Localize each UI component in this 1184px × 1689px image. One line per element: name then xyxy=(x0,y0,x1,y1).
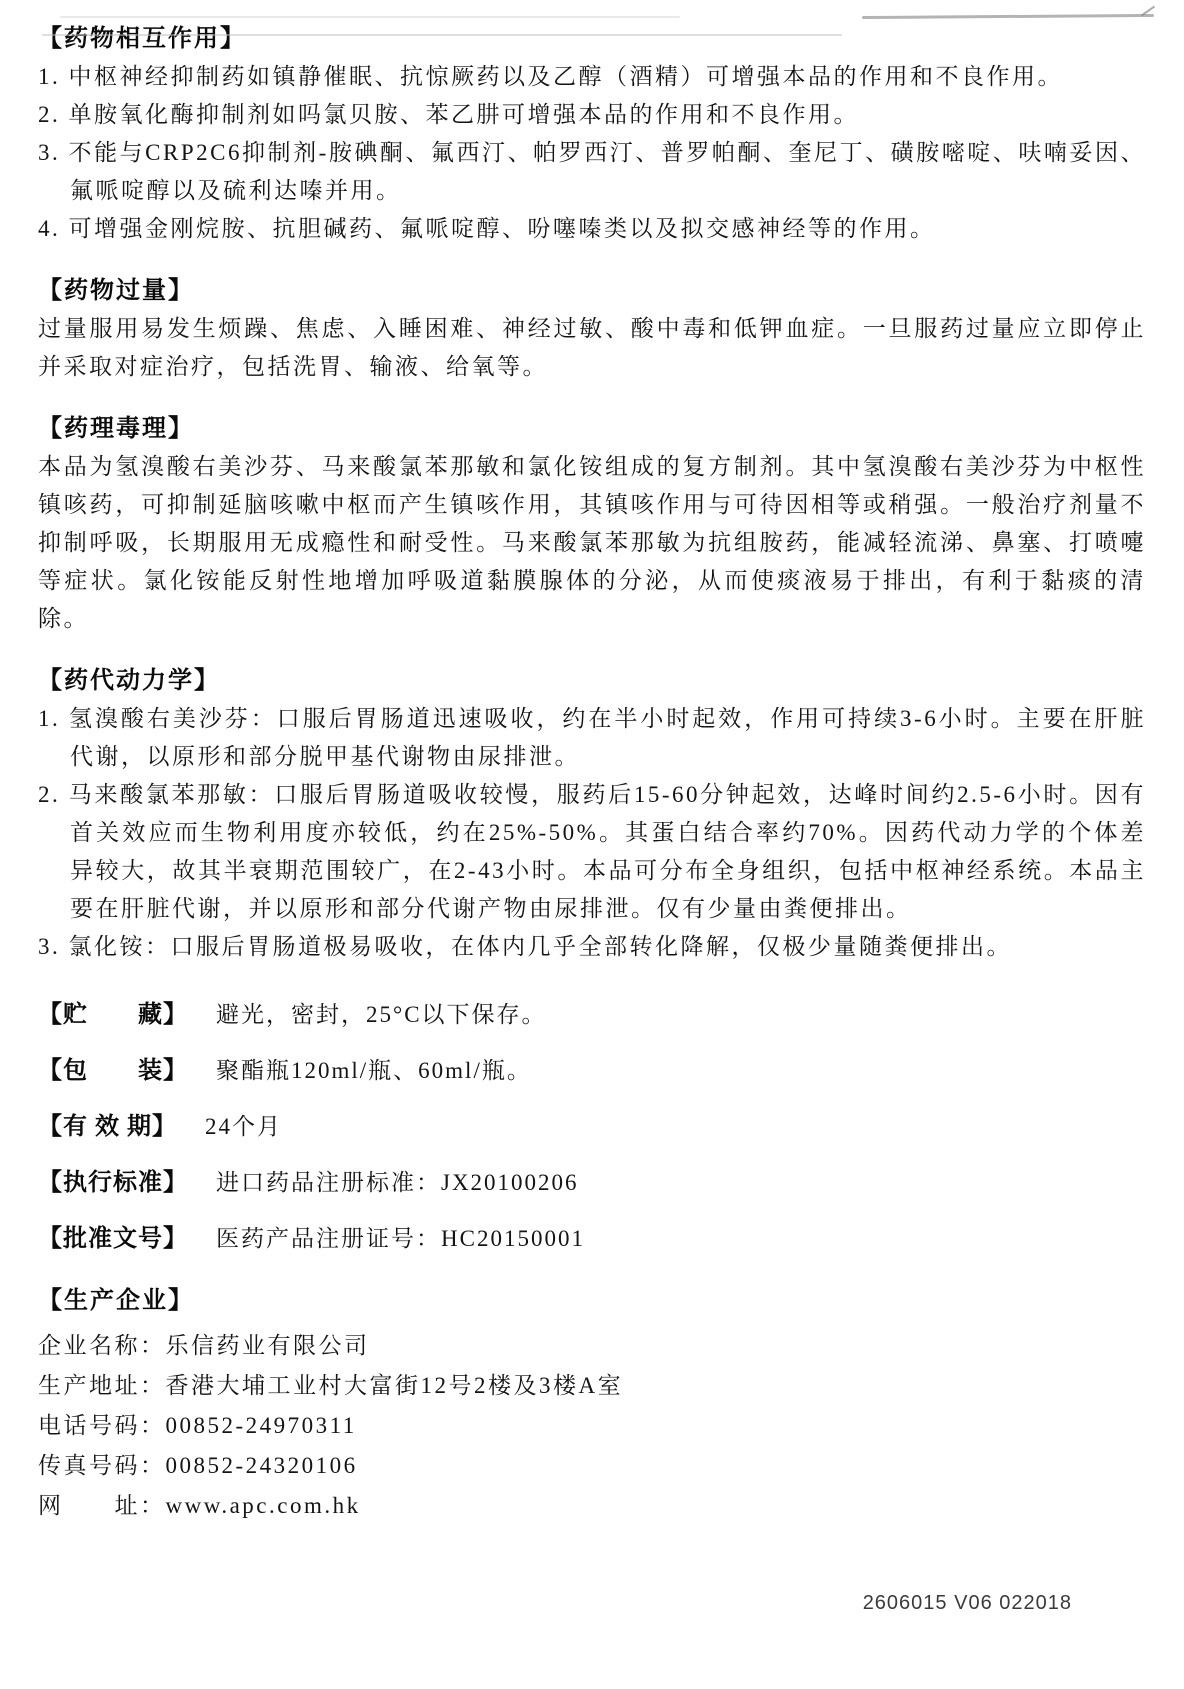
package-insert-page: 【药物相互作用】 1. 中枢神经抑制药如镇静催眠、抗惊厥药以及乙醇（酒精）可增强… xyxy=(0,0,1184,1689)
field-approval: 【批准文号】 医药产品注册证号：HC20150001 xyxy=(38,1220,1146,1258)
interaction-item-2: 2. 单胺氧化酶抑制剂如吗氯贝胺、苯乙肼可增强本品的作用和不良作用。 xyxy=(38,96,1146,134)
manufacturer-rows: 企业名称：乐信药业有限公司 生产地址：香港大埔工业村大富街12号2楼及3楼A室 … xyxy=(38,1326,1146,1526)
section-pharmacokinetics: 【药代动力学】 1. 氢溴酸右美沙芬：口服后胃肠道迅速吸收，约在半小时起效，作用… xyxy=(38,662,1146,966)
field-packaging-label: 【包 装】 xyxy=(38,1052,188,1090)
document-body: 【药物相互作用】 1. 中枢神经抑制药如镇静催眠、抗惊厥药以及乙醇（酒精）可增强… xyxy=(0,0,1184,1526)
overdose-text: 过量服用易发生烦躁、焦虑、入睡困难、神经过敏、酸中毒和低钾血症。一旦服药过量应立… xyxy=(38,310,1146,386)
section-title-manufacturer: 【生产企业】 xyxy=(38,1282,1146,1320)
manufacturer-address-row: 生产地址：香港大埔工业村大富街12号2楼及3楼A室 xyxy=(38,1366,1146,1406)
field-packaging: 【包 装】 聚酯瓶120ml/瓶、60ml/瓶。 xyxy=(38,1052,1146,1090)
field-storage: 【贮 藏】 避光，密封，25°C以下保存。 xyxy=(38,996,1146,1034)
field-storage-value: 避光，密封，25°C以下保存。 xyxy=(216,996,547,1034)
section-pharmacology: 【药理毒理】 本品为氢溴酸右美沙芬、马来酸氯苯那敏和氯化铵组成的复方制剂。其中氢… xyxy=(38,410,1146,638)
interaction-item-1: 1. 中枢神经抑制药如镇静催眠、抗惊厥药以及乙醇（酒精）可增强本品的作用和不良作… xyxy=(38,58,1146,96)
pharmacokinetics-item-1: 1. 氢溴酸右美沙芬：口服后胃肠道迅速吸收，约在半小时起效，作用可持续3-6小时… xyxy=(38,700,1146,776)
interaction-item-4: 4. 可增强金刚烷胺、抗胆碱药、氟哌啶醇、吩噻嗪类以及拟交感神经等的作用。 xyxy=(38,210,1146,248)
manufacturer-name-row: 企业名称：乐信药业有限公司 xyxy=(38,1326,1146,1366)
field-validity-label: 【有 效 期】 xyxy=(38,1108,177,1146)
manufacturer-fax-row: 传真号码：00852-24320106 xyxy=(38,1446,1146,1486)
section-title-drug-interactions: 【药物相互作用】 xyxy=(38,20,1146,58)
section-title-overdose: 【药物过量】 xyxy=(38,272,1146,310)
manufacturer-website-row: 网 址：www.apc.com.hk xyxy=(38,1486,1146,1526)
field-standard-label: 【执行标准】 xyxy=(38,1164,188,1202)
field-validity-value: 24个月 xyxy=(205,1108,282,1146)
section-manufacturer: 【生产企业】 企业名称：乐信药业有限公司 生产地址：香港大埔工业村大富街12号2… xyxy=(38,1282,1146,1526)
field-standard: 【执行标准】 进口药品注册标准：JX20100206 xyxy=(38,1164,1146,1202)
section-title-pharmacokinetics: 【药代动力学】 xyxy=(38,662,1146,700)
field-approval-value: 医药产品注册证号：HC20150001 xyxy=(216,1220,585,1258)
field-validity: 【有 效 期】 24个月 xyxy=(38,1108,1146,1146)
field-standard-value: 进口药品注册标准：JX20100206 xyxy=(216,1164,579,1202)
pharmacokinetics-item-2: 2. 马来酸氯苯那敏：口服后胃肠道吸收较慢，服药后15-60分钟起效，达峰时间约… xyxy=(38,776,1146,928)
section-drug-interactions: 【药物相互作用】 1. 中枢神经抑制药如镇静催眠、抗惊厥药以及乙醇（酒精）可增强… xyxy=(38,20,1146,248)
section-overdose: 【药物过量】 过量服用易发生烦躁、焦虑、入睡困难、神经过敏、酸中毒和低钾血症。一… xyxy=(38,272,1146,386)
document-version-code: 2606015 V06 022018 xyxy=(863,1592,1072,1615)
manufacturer-phone-row: 电话号码：00852-24970311 xyxy=(38,1406,1146,1446)
pharmacology-text: 本品为氢溴酸右美沙芬、马来酸氯苯那敏和氯化铵组成的复方制剂。其中氢溴酸右美沙芬为… xyxy=(38,448,1146,638)
field-approval-label: 【批准文号】 xyxy=(38,1220,188,1258)
field-packaging-value: 聚酯瓶120ml/瓶、60ml/瓶。 xyxy=(216,1052,532,1090)
pharmacokinetics-item-3: 3. 氯化铵：口服后胃肠道极易吸收，在体内几乎全部转化降解，仅极少量随粪便排出。 xyxy=(38,928,1146,966)
field-storage-label: 【贮 藏】 xyxy=(38,996,188,1034)
section-title-pharmacology: 【药理毒理】 xyxy=(38,410,1146,448)
interaction-item-3: 3. 不能与CRP2C6抑制剂-胺碘酮、氟西汀、帕罗西汀、普罗帕酮、奎尼丁、磺胺… xyxy=(38,134,1146,210)
